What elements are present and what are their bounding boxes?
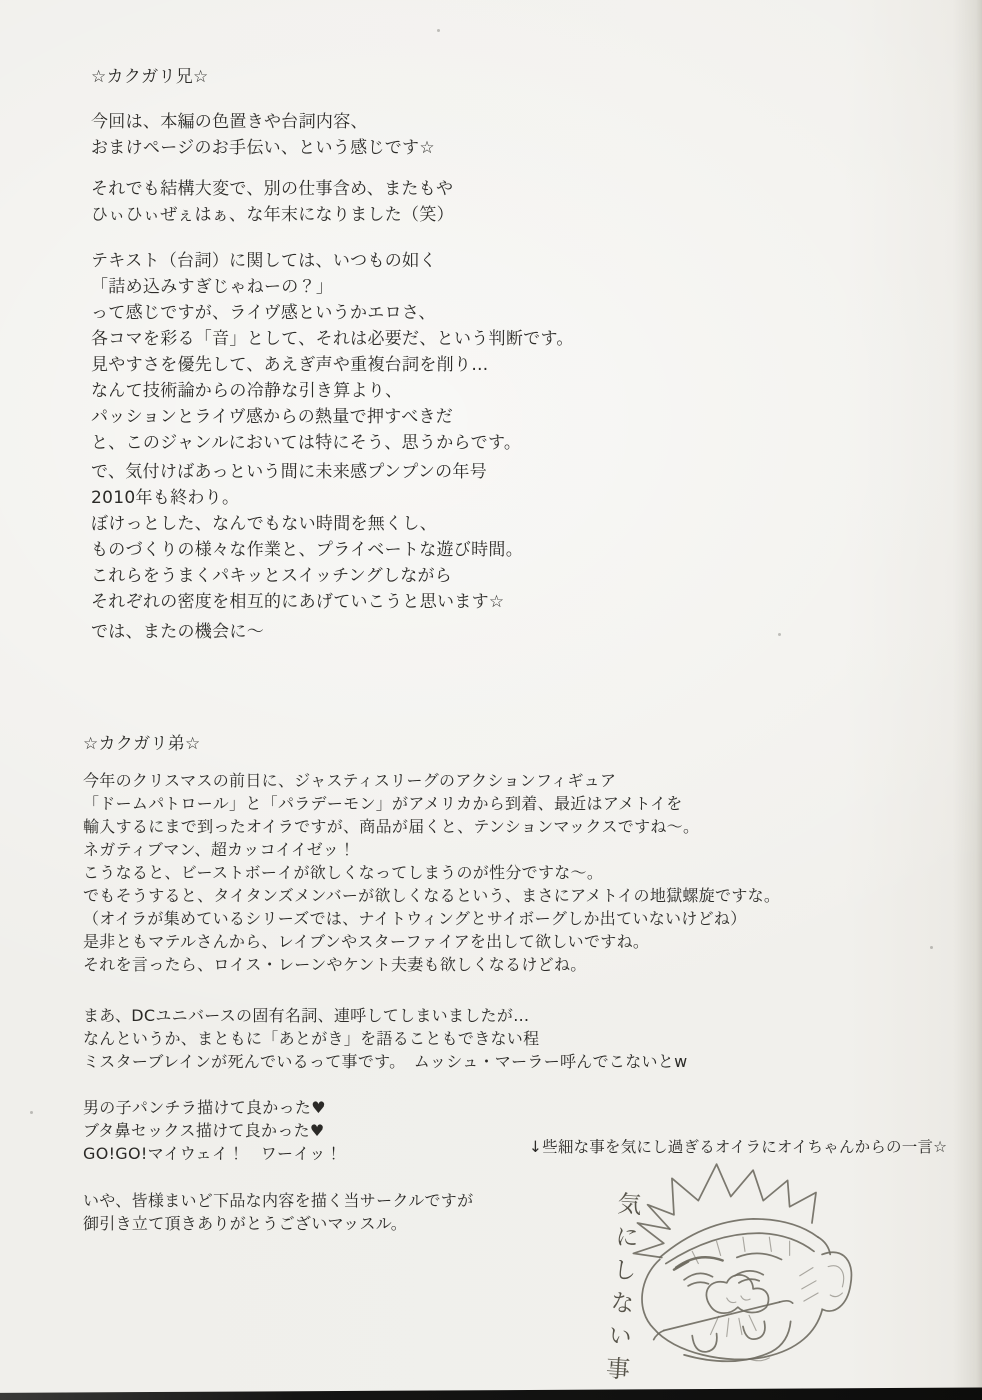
brother-paragraph-2: それでも結構大変で、別の仕事含め、またもや ひぃひぃぜぇはぁ、な年末になりました…: [91, 176, 951, 228]
laughing-face-sketch-icon: [628, 1156, 864, 1364]
brother-section-title: ☆カクガリ兄☆: [91, 64, 951, 90]
brother-paragraph-4: で、気付けばあっという間に未来感プンプンの年号 2010年も終わり。 ぼけっとし…: [91, 459, 951, 615]
brother-paragraph-1: 今回は、本編の色置きや台詞内容、 おまけページのお手伝い、という感じです☆: [91, 109, 951, 161]
younger-paragraph-1: 今年のクリスマスの前日に、ジャスティスリーグのアクションフィギュア 「ドームパト…: [83, 769, 943, 976]
brother-paragraph-3: テキスト（台詞）に関しては、いつもの如く 「詰め込みすぎじゃねーの？」 って感じ…: [91, 248, 951, 456]
scanned-afterword-page: ☆カクガリ兄☆ 今回は、本編の色置きや台詞内容、 おまけページのお手伝い、という…: [0, 0, 982, 1400]
scan-speck: [930, 946, 933, 949]
scan-speck: [30, 1111, 33, 1114]
brother-closing-line: では、またの機会に〜: [91, 619, 951, 645]
younger-section-title: ☆カクガリ弟☆: [83, 731, 943, 757]
scan-edge-bar: [0, 1387, 982, 1400]
scan-speck: [437, 29, 440, 32]
younger-paragraph-2: まあ、DCユニバースの固有名詞、連呼してしまいましたが… なんというか、まともに…: [83, 1004, 943, 1073]
sketch-pointer-note: ↓些細な事を気にし過ぎるオイラにオイちゃんからの一言☆: [529, 1135, 947, 1157]
scan-speck: [778, 633, 781, 636]
